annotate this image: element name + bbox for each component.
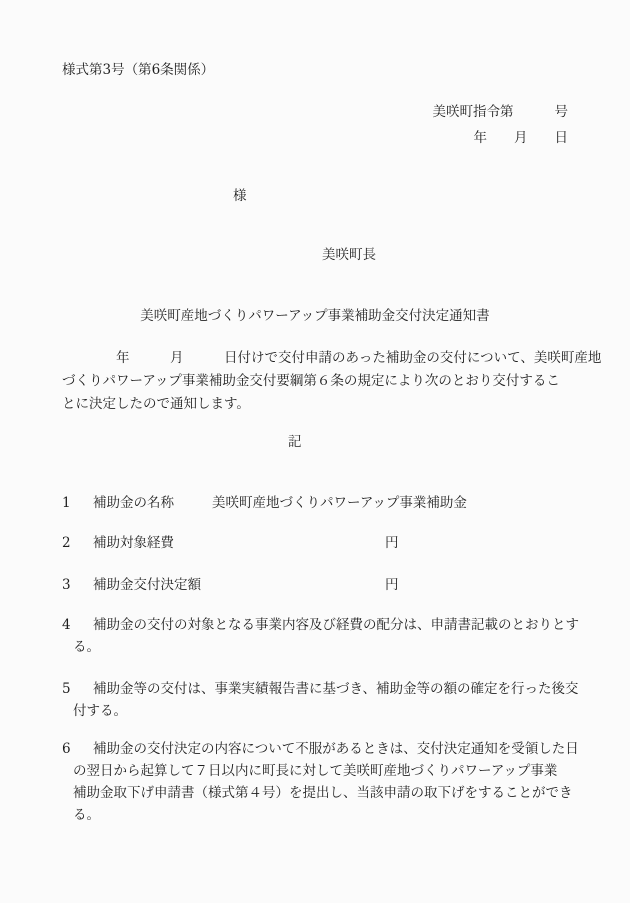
item-5-line-2: 付する。	[73, 702, 127, 720]
item-1-label: 補助金の名称	[93, 494, 174, 512]
directive-label: 美咲町指令第	[433, 103, 514, 121]
body-line-2: づくりパワーアップ事業補助金交付要綱第６条の規定により次のとおり交付するこ	[62, 372, 560, 390]
body-line-1: 年 月 日付けで交付申請のあった補助金の交付について、美咲町産地	[62, 349, 601, 367]
item-2-label: 補助対象経費	[93, 534, 174, 552]
item-1-number: 1	[62, 494, 71, 512]
item-5-line-1: 補助金等の交付は、事業実績報告書に基づき、補助金等の額の確定を行った後交	[93, 680, 578, 698]
item-6-line-4: る。	[73, 806, 100, 824]
item-6-line-3: 補助金取下げ申請書（様式第４号）を提出し、当該申請の取下げをすることができ	[73, 784, 573, 802]
item-1-value: 美咲町産地づくりパワーアップ事業補助金	[212, 494, 467, 512]
date-year-label: 年	[474, 129, 488, 147]
item-2-number: 2	[62, 534, 71, 552]
body-line-3: とに決定したので通知します。	[62, 395, 250, 413]
item-3-label: 補助金交付決定額	[93, 576, 201, 594]
item-4-line-1: 補助金の交付の対象となる事業内容及び経費の配分は、申請書記載のとおりとす	[93, 616, 579, 634]
item-3-unit: 円	[385, 576, 399, 594]
ki-marker: 記	[288, 433, 302, 451]
item-5-number: 5	[62, 680, 71, 698]
date-line: 年 月 日	[62, 129, 568, 147]
addressee-honorific: 様	[233, 187, 247, 205]
item-4-number: 4	[62, 616, 71, 634]
directive-suffix: 号	[555, 103, 569, 121]
item-6-line-1: 補助金の交付決定の内容について不服があるときは、交付決定通知を受領した日	[93, 740, 579, 758]
notice-title: 美咲町産地づくりパワーアップ事業補助金交付決定通知書	[0, 307, 630, 325]
document-page: 様式第3号（第6条関係） 美咲町指令第 号 年 月 日 様 美咲町長 美咲町産地…	[0, 0, 630, 903]
item-6-number: 6	[62, 740, 71, 758]
directive-number-line: 美咲町指令第 号	[62, 103, 568, 121]
sender-title: 美咲町長	[322, 246, 376, 264]
date-month-label: 月	[514, 129, 528, 147]
item-6-line-2: の翌日から起算して７日以内に町長に対して美咲町産地づくりパワーアップ事業	[73, 762, 557, 780]
item-2-unit: 円	[385, 534, 399, 552]
date-day-label: 日	[555, 129, 569, 147]
form-number: 様式第3号（第6条関係）	[62, 61, 214, 79]
item-4-line-2: る。	[73, 638, 100, 656]
item-3-number: 3	[62, 576, 71, 594]
